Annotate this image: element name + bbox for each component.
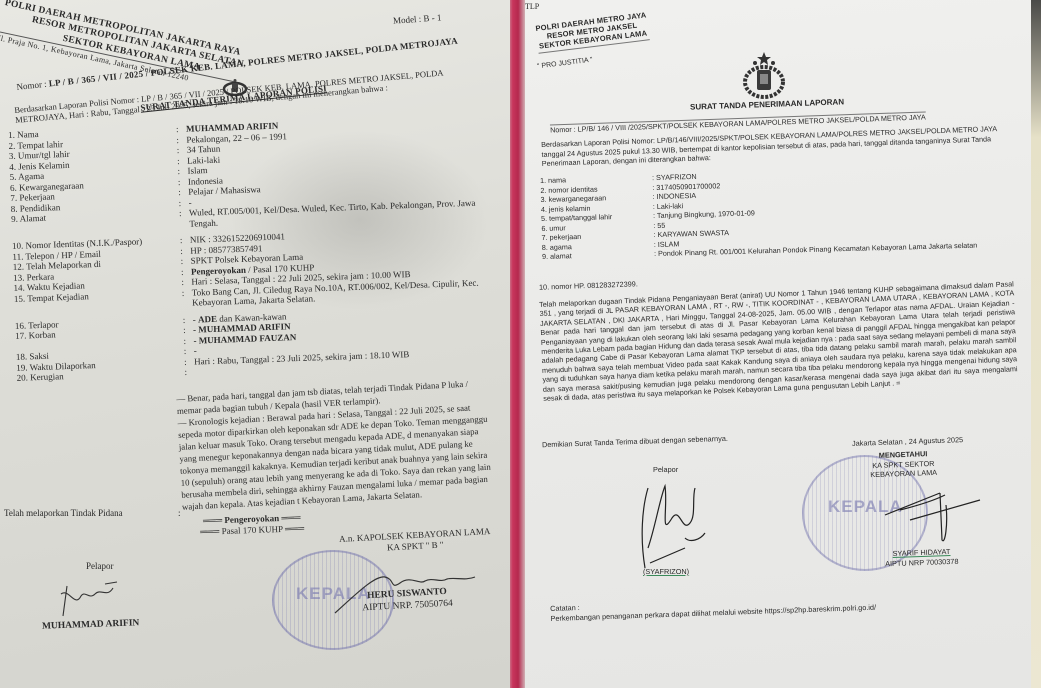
field-colon: : [180, 235, 190, 246]
field-colon: : [184, 367, 194, 378]
field-colon: : [176, 134, 186, 145]
incident-narrative: — Benar, pada hari, tanggal dan jam tsb … [176, 376, 500, 512]
field-colon: : [184, 346, 194, 357]
reporter-fields: 1. nama: SYAFRIZON2. nomor identitas: 31… [540, 163, 1022, 261]
acknowledged-line-3: KEBAYORAN LAMA [870, 468, 937, 480]
field-colon: : [177, 155, 187, 166]
charge-name: Pengeroyokan [224, 513, 279, 525]
note-block: Catatan : Perkembangan penanganan perkar… [550, 593, 876, 624]
reporter-signature [630, 478, 720, 573]
charge-block: ═══ Pengeroyokan ═══ ═══ Pasal 170 KUHP … [200, 512, 305, 538]
reporter-phone: 10. nomor HP. 081283272399. [539, 280, 638, 292]
field-colon: : [178, 176, 188, 187]
closing-statement: Demikian Surat Tanda Terima dibuat denga… [542, 435, 728, 450]
police-report-receipt-right: TLP POLRI DAERAH METRO JAYA RESOR METRO … [525, 0, 1031, 688]
reporter-name: MUHAMMAD ARIFIN [42, 618, 140, 633]
reporter-fields: 1. Nama:MUHAMMAD ARIFIN2. Tempat lahir:P… [8, 113, 497, 383]
place-date: Jakarta Selatan , 24 Agustus 2025 [852, 436, 963, 449]
reported-colon: : [178, 508, 181, 519]
field-colon: : [181, 277, 191, 288]
officer-block-right: SYARIF HIDAYAT AIPTU NRP 70030378 [885, 547, 959, 569]
reporter-label: Pelapor [653, 466, 678, 475]
form-model-label: Model : B - 1 [393, 12, 442, 26]
tlp-label: TLP [525, 2, 539, 12]
report-number-label: Nomor : [16, 79, 47, 92]
reporter-signature [55, 578, 125, 618]
officer-rank: AIPTU NRP 70030378 [885, 556, 959, 568]
reporter-label: Pelapor [86, 561, 114, 572]
police-report-receipt-left: POLRI DAERAH METROPOLITAN JAKARTA RAYA R… [0, 0, 510, 688]
field-colon: : [183, 314, 193, 325]
letterhead-right: POLRI DAERAH METRO JAYA RESOR METRO JAKS… [535, 10, 649, 53]
charge-article: Pasal 170 KUHP [221, 524, 282, 536]
field-colon: : [183, 325, 193, 336]
officer-signature [880, 485, 990, 545]
field-colon: : [183, 335, 193, 346]
field-colon: : [177, 166, 187, 177]
reporter-name: (SYAFRIZON) [643, 568, 689, 577]
field-colon: : [181, 266, 191, 277]
authority-block: A.n. KAPOLSEK KEBAYORAN LAMA KA SPKT " B… [320, 525, 510, 557]
field-colon: : [177, 145, 187, 156]
field-colon: : [184, 356, 194, 367]
reported-crime-label: Telah melaporkan Tindak Pidana [4, 508, 123, 519]
field-colon: : [178, 197, 188, 208]
field-colon: : [180, 245, 190, 256]
document-title: SURAT TANDA PENERIMAAN LAPORAN [690, 97, 844, 112]
field-colon: : [178, 187, 188, 198]
pro-justitia: " PRO JUSTITIA " [537, 57, 594, 72]
field-colon: : [181, 256, 191, 267]
field-label: 9. alamat [542, 249, 654, 261]
acknowledgement-block: MENGETAHUI KA SPKT SEKTOR KEBAYORAN LAMA [870, 449, 938, 480]
incident-narrative: Telah melaporkan dugaan Tindak Pidana Pe… [539, 279, 1018, 403]
police-crest-icon [738, 50, 790, 100]
field-colon: : [176, 124, 186, 135]
officer-block-left: HERU SISWANTO AIPTU NRP. 75050764 [361, 586, 453, 615]
narrative-chronology: — Kronologis kejadian : Berawal pada har… [177, 400, 500, 513]
